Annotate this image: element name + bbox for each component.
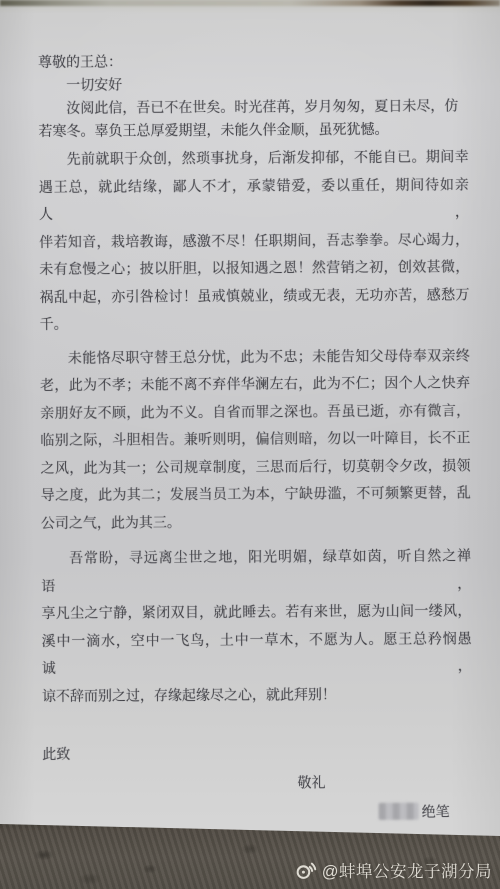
- letter-line: 未有怠慢之心；披以肝胆，以报知遇之恩！然营销之初，创效甚微，: [39, 254, 469, 284]
- letter-photo: 尊敬的王总： 一切安好 汝阅此信，吾已不在世矣。时光荏苒，岁月匆匆，夏日未尽，仿…: [0, 0, 500, 889]
- weibo-camera-icon: [295, 860, 317, 880]
- letter-line: 溪中一滴水，空中一飞鸟，土中一草木，不愿为人。愿王总矜悯愚诚，: [42, 626, 472, 684]
- letter-line: 临别之际，斗胆相告。兼听则明，偏信则暗，勿以一叶障目，长不正: [40, 425, 470, 455]
- letter-line: 享凡尘之宁静，紧闭双目，就此睡去。若有来世，愿为山间一缕风，: [41, 598, 471, 628]
- letter-line: 老，此为不孝；未能不离不弃伴华澜左右，此为不仁；因个人之快弃: [40, 370, 470, 400]
- letter-line: 汝阅此信，吾已不在世矣。时光荏苒，岁月匆匆，夏日未尽，仿: [38, 95, 468, 121]
- letter-signature-row: 绝笔: [43, 799, 473, 829]
- watermark: @蚌埠公安龙子湖分局: [295, 858, 492, 882]
- letter-line: 千。: [40, 309, 470, 339]
- letter-greeting: 一切安好: [38, 72, 468, 98]
- watermark-text: @蚌埠公安龙子湖分局: [322, 858, 492, 882]
- letter-line: 伴若知音，栽培教诲，感激不尽！任职期间，吾志拳拳。尽心竭力，: [39, 227, 469, 257]
- letter-salutation: 尊敬的王总：: [38, 49, 468, 75]
- letter-paragraph: 先前就职于众创，然琐事扰身，后渐发抑郁，不能自已。期间幸 遇王总，就此结缘，鄙人…: [39, 144, 470, 339]
- letter-line: 若寒冬。辜负王总厚爱期望，未能久伴金顺，虽死犹憾。: [38, 118, 468, 144]
- letter-line: 之风，此为其一；公司规章制度，三思而后行，切莫朝令夕改，损领: [40, 453, 470, 483]
- letter-close-phrase: 此致: [42, 739, 472, 769]
- letter-line: 吾常盼，寻远离尘世之地，阳光明媚，绿草如茵，听自然之禅语，: [41, 543, 471, 601]
- redacted-name-block: [379, 803, 419, 820]
- letter-salute: 敬礼: [42, 769, 472, 799]
- letter-line: 谅不辞而别之过，存缘起缘尽之心，就此拜别！: [42, 681, 472, 711]
- letter-line: 公司之气，此为其三。: [41, 508, 471, 538]
- letter-line: 亲朋好友不顾，此为不义。自省而罪之深也。吾虽已逝，亦有微言，: [40, 398, 470, 428]
- signature-suffix: 绝笔: [422, 805, 450, 820]
- letter-line: 导之度，此为其二；发展当员工为本，宁缺毋滥，不可频繁更替，乱: [41, 480, 471, 510]
- letter-line: 先前就职于众创，然琐事扰身，后渐发抑郁，不能自已。期间幸: [39, 144, 469, 174]
- letter-body: 尊敬的王总： 一切安好 汝阅此信，吾已不在世矣。时光荏苒，岁月匆匆，夏日未尽，仿…: [38, 49, 473, 829]
- letter-line: 祸乱中起，亦引咎检讨！虽戒慎兢业，绩或无表，无功亦苦，感愁万: [39, 282, 469, 312]
- letter-paragraph: 吾常盼，寻远离尘世之地，阳光明媚，绿草如茵，听自然之禅语， 享凡尘之宁静，紧闭双…: [41, 543, 472, 711]
- letter-paragraph: 汝阅此信，吾已不在世矣。时光荏苒，岁月匆匆，夏日未尽，仿 若寒冬。辜负王总厚爱期…: [38, 95, 468, 144]
- letter-opening: 尊敬的王总： 一切安好 汝阅此信，吾已不在世矣。时光荏苒，岁月匆匆，夏日未尽，仿…: [38, 49, 469, 144]
- letter-paragraph: 未能恪尽职守替王总分忧，此为不忠；未能告知父母侍奉双亲终 老，此为不孝；未能不离…: [40, 343, 471, 538]
- letter-line: 未能恪尽职守替王总分忧，此为不忠；未能告知父母侍奉双亲终: [40, 343, 470, 373]
- background-top-edge: [0, 0, 500, 6]
- letter-line: 遇王总，就此结缘，鄙人不才，承蒙错爱，委以重任，期间待如亲人，: [39, 172, 469, 230]
